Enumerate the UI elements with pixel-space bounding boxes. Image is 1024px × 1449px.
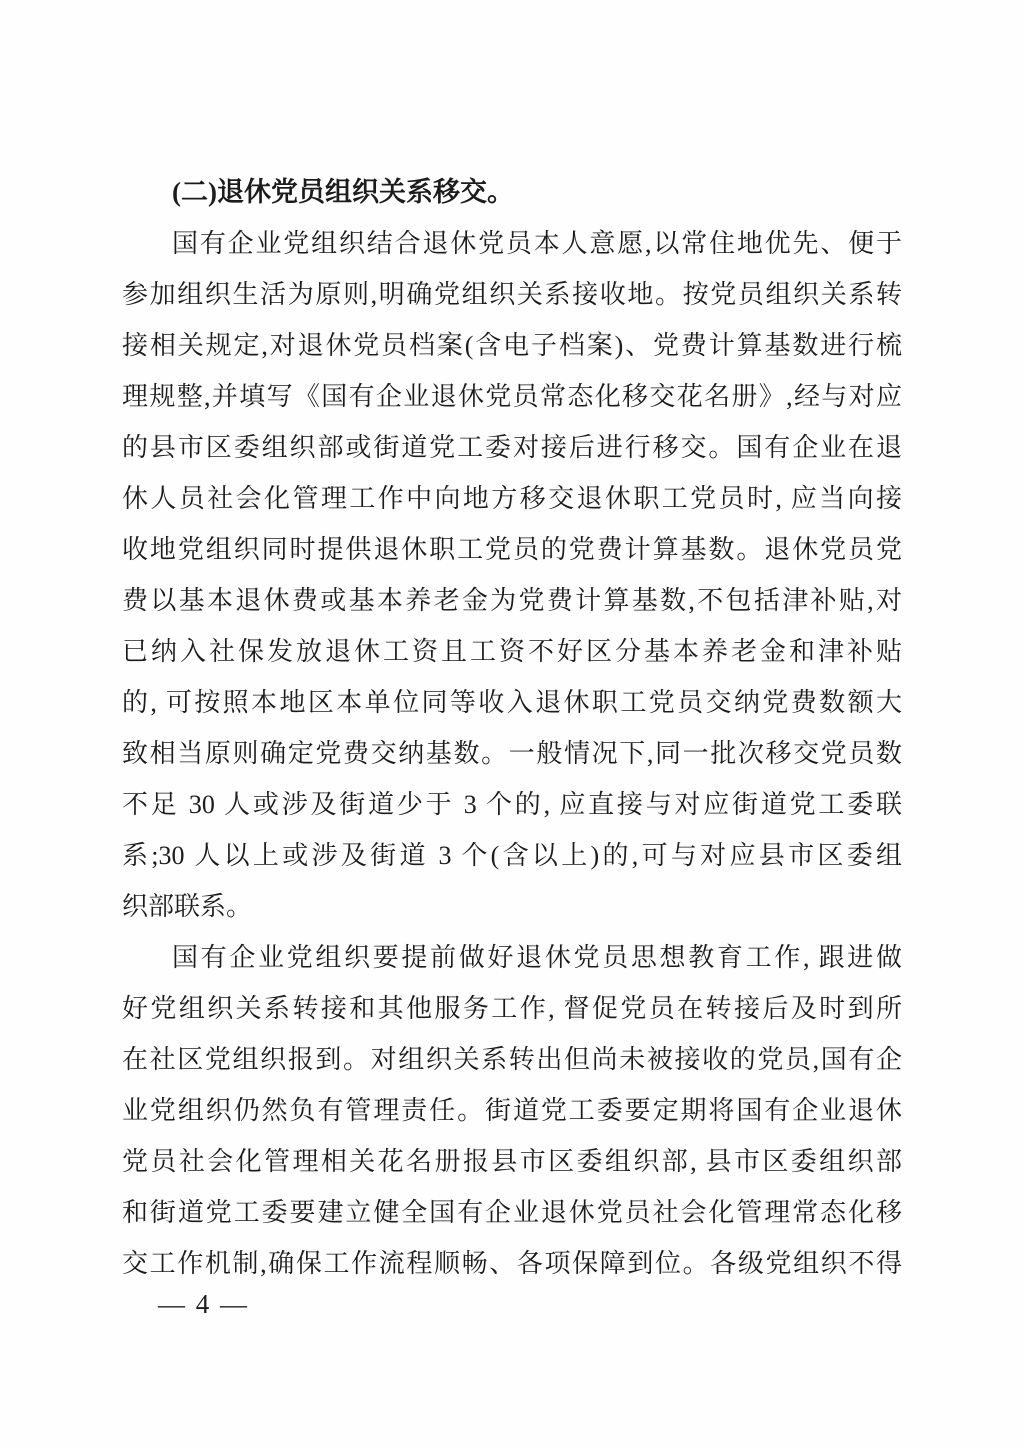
text-line: 参加组织生活为原则,明确党组织关系接收地。按党员组织关系转 (122, 269, 902, 320)
text-line: 国有企业党组织结合退休党员本人意愿,以常住地优先、便于 (122, 218, 902, 269)
text-line: 费以基本退休费或基本养老金为党费计算基数,不包括津补贴,对 (122, 575, 902, 626)
page-number: — 4 — (158, 1284, 249, 1324)
text-line: 的, 可按照本地区本单位同等收入退休职工党员交纳党费数额大 (122, 677, 902, 728)
text-line: 已纳入社保发放退休工资且工资不好区分基本养老金和津补贴 (122, 626, 902, 677)
text-line: 收地党组织同时提供退休职工党员的党费计算基数。退休党员党 (122, 524, 902, 575)
text-line: 的县市区委组织部或街道党工委对接后进行移交。国有企业在退 (122, 422, 902, 473)
section-heading: (二)退休党员组织关系移交。 (122, 167, 902, 218)
text-line: 接相关规定,对退休党员档案(含电子档案)、党费计算基数进行梳 (122, 320, 902, 371)
text-line: 和街道党工委要建立健全国有企业退休党员社会化管理常态化移 (122, 1187, 902, 1238)
text-line: 业党组织仍然负有管理责任。街道党工委要定期将国有企业退休 (122, 1085, 902, 1136)
text-line: 系;30 人以上或涉及街道 3 个(含以上)的,可与对应县市区委组 (122, 830, 902, 881)
document-body: (二)退休党员组织关系移交。国有企业党组织结合退休党员本人意愿,以常住地优先、便… (122, 167, 902, 1289)
text-line: 致相当原则确定党费交纳基数。一般情况下,同一批次移交党员数 (122, 728, 902, 779)
text-line: 休人员社会化管理工作中向地方移交退休职工党员时, 应当向接 (122, 473, 902, 524)
text-line: 织部联系。 (122, 881, 902, 932)
document-page: (二)退休党员组织关系移交。国有企业党组织结合退休党员本人意愿,以常住地优先、便… (0, 0, 1024, 1449)
text-line: 交工作机制,确保工作流程顺畅、各项保障到位。各级党组织不得 (122, 1238, 902, 1289)
text-line: 好党组织关系转接和其他服务工作, 督促党员在转接后及时到所 (122, 983, 902, 1034)
text-line: 不足 30 人或涉及街道少于 3 个的, 应直接与对应街道党工委联 (122, 779, 902, 830)
text-line: 党员社会化管理相关花名册报县市区委组织部, 县市区委组织部 (122, 1136, 902, 1187)
text-line: 在社区党组织报到。对组织关系转出但尚未被接收的党员,国有企 (122, 1034, 902, 1085)
text-line: 国有企业党组织要提前做好退休党员思想教育工作, 跟进做 (122, 932, 902, 983)
text-line: 理规整,并填写《国有企业退休党员常态化移交花名册》,经与对应 (122, 371, 902, 422)
